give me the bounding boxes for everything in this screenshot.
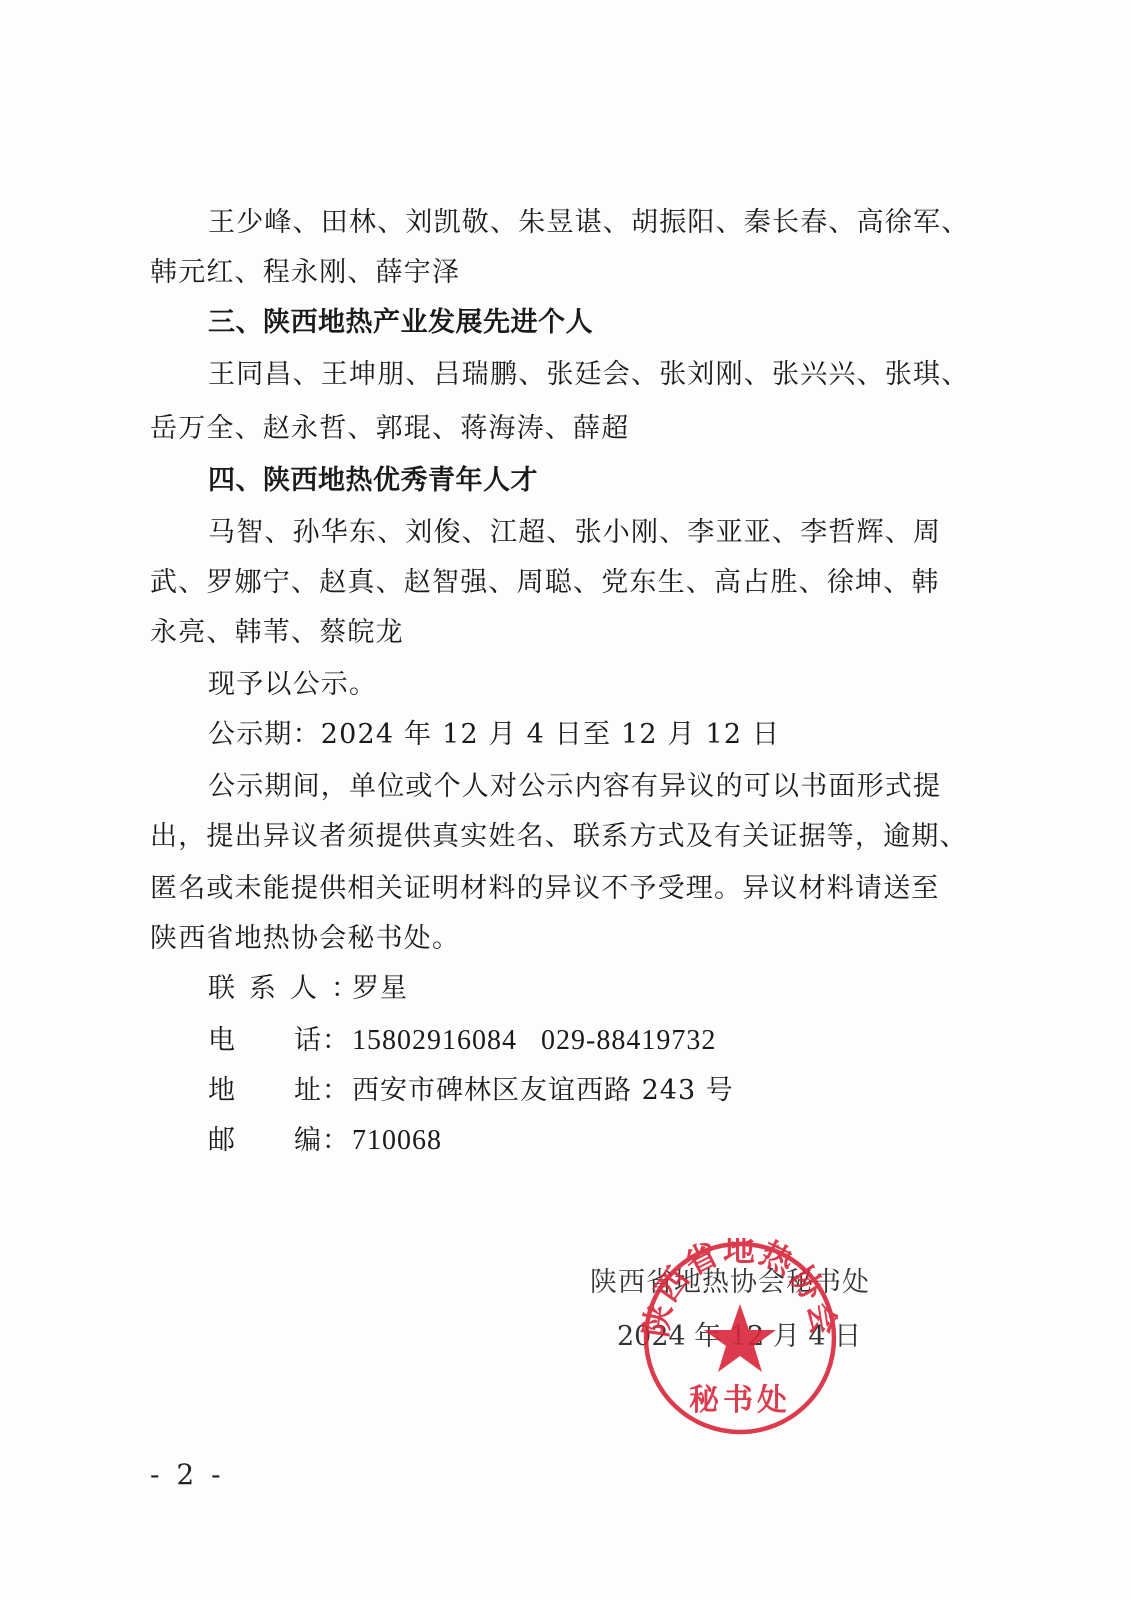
section3-names-line2: 岳万全、赵永哲、郭琨、蒋海涛、薛超 <box>150 412 629 446</box>
contact-address-value: 西安市碑林区友谊西路 243 号 <box>352 1075 734 1106</box>
contact-phone-row: 电话：15802916084 029-88419732 <box>208 1024 716 1058</box>
contact-phone-value: 15802916084 029-88419732 <box>352 1025 716 1056</box>
section4-heading: 四、陕西地热优秀青年人才 <box>208 464 538 498</box>
phone-label-char1: 电 <box>208 1024 294 1058</box>
section4-names-line3: 永亮、韩苇、蔡皖龙 <box>150 616 404 650</box>
contact-person-value: 罗星 <box>352 973 408 1004</box>
section4-names-line2: 武、罗娜宁、赵真、赵智强、周聪、党东生、高占胜、徐坤、韩 <box>150 566 940 600</box>
section2-names-line1: 王少峰、田林、刘凯敬、朱昱谌、胡振阳、秦长春、高徐军、 <box>208 206 969 240</box>
section2-names-line2: 韩元红、程永刚、薛宇泽 <box>150 256 460 290</box>
section3-heading: 三、陕西地热产业发展先进个人 <box>208 306 593 340</box>
objection-line2: 出，提出异议者须提供真实姓名、联系方式及有关证据等，逾期、 <box>150 820 968 854</box>
address-label-char1: 地 <box>208 1074 294 1108</box>
document-page: 王少峰、田林、刘凯敬、朱昱谌、胡振阳、秦长春、高徐军、 韩元红、程永刚、薛宇泽 … <box>0 0 1131 1600</box>
phone-label-char2: 话： <box>294 1024 352 1058</box>
page-number: - 2 - <box>150 1458 225 1492</box>
section4-names-line1: 马智、孙华东、刘俊、江超、张小刚、李亚亚、李哲辉、周 <box>208 516 941 550</box>
postcode-label-char1: 邮 <box>208 1124 294 1158</box>
contact-person-label: 联系人： <box>208 972 352 1006</box>
announce-text: 现予以公示。 <box>208 668 377 702</box>
contact-person-row: 联系人：罗星 <box>208 972 408 1006</box>
contact-postcode-value: 710068 <box>352 1125 442 1156</box>
postcode-label-char2: 编： <box>294 1124 352 1158</box>
objection-line3: 匿名或未能提供相关证明材料的异议不予受理。异议材料请送至 <box>150 872 940 906</box>
address-label-char2: 址： <box>294 1074 352 1108</box>
official-seal-stamp: 陕西省地热协会 秘书处 <box>640 1238 840 1438</box>
objection-line4: 陕西省地热协会秘书处。 <box>150 922 460 956</box>
contact-postcode-row: 邮编：710068 <box>208 1124 442 1158</box>
seal-icon: 陕西省地热协会 秘书处 <box>640 1238 840 1438</box>
seal-bottom-text: 秘书处 <box>689 1383 791 1418</box>
notice-period: 公示期：2024 年 12 月 4 日至 12 月 12 日 <box>208 718 780 752</box>
contact-address-row: 地址：西安市碑林区友谊西路 243 号 <box>208 1074 734 1108</box>
objection-line1: 公示期间，单位或个人对公示内容有异议的可以书面形式提 <box>208 770 941 804</box>
section3-names-line1: 王同昌、王坤朋、吕瑞鹏、张廷会、张刘刚、张兴兴、张琪、 <box>208 358 969 392</box>
